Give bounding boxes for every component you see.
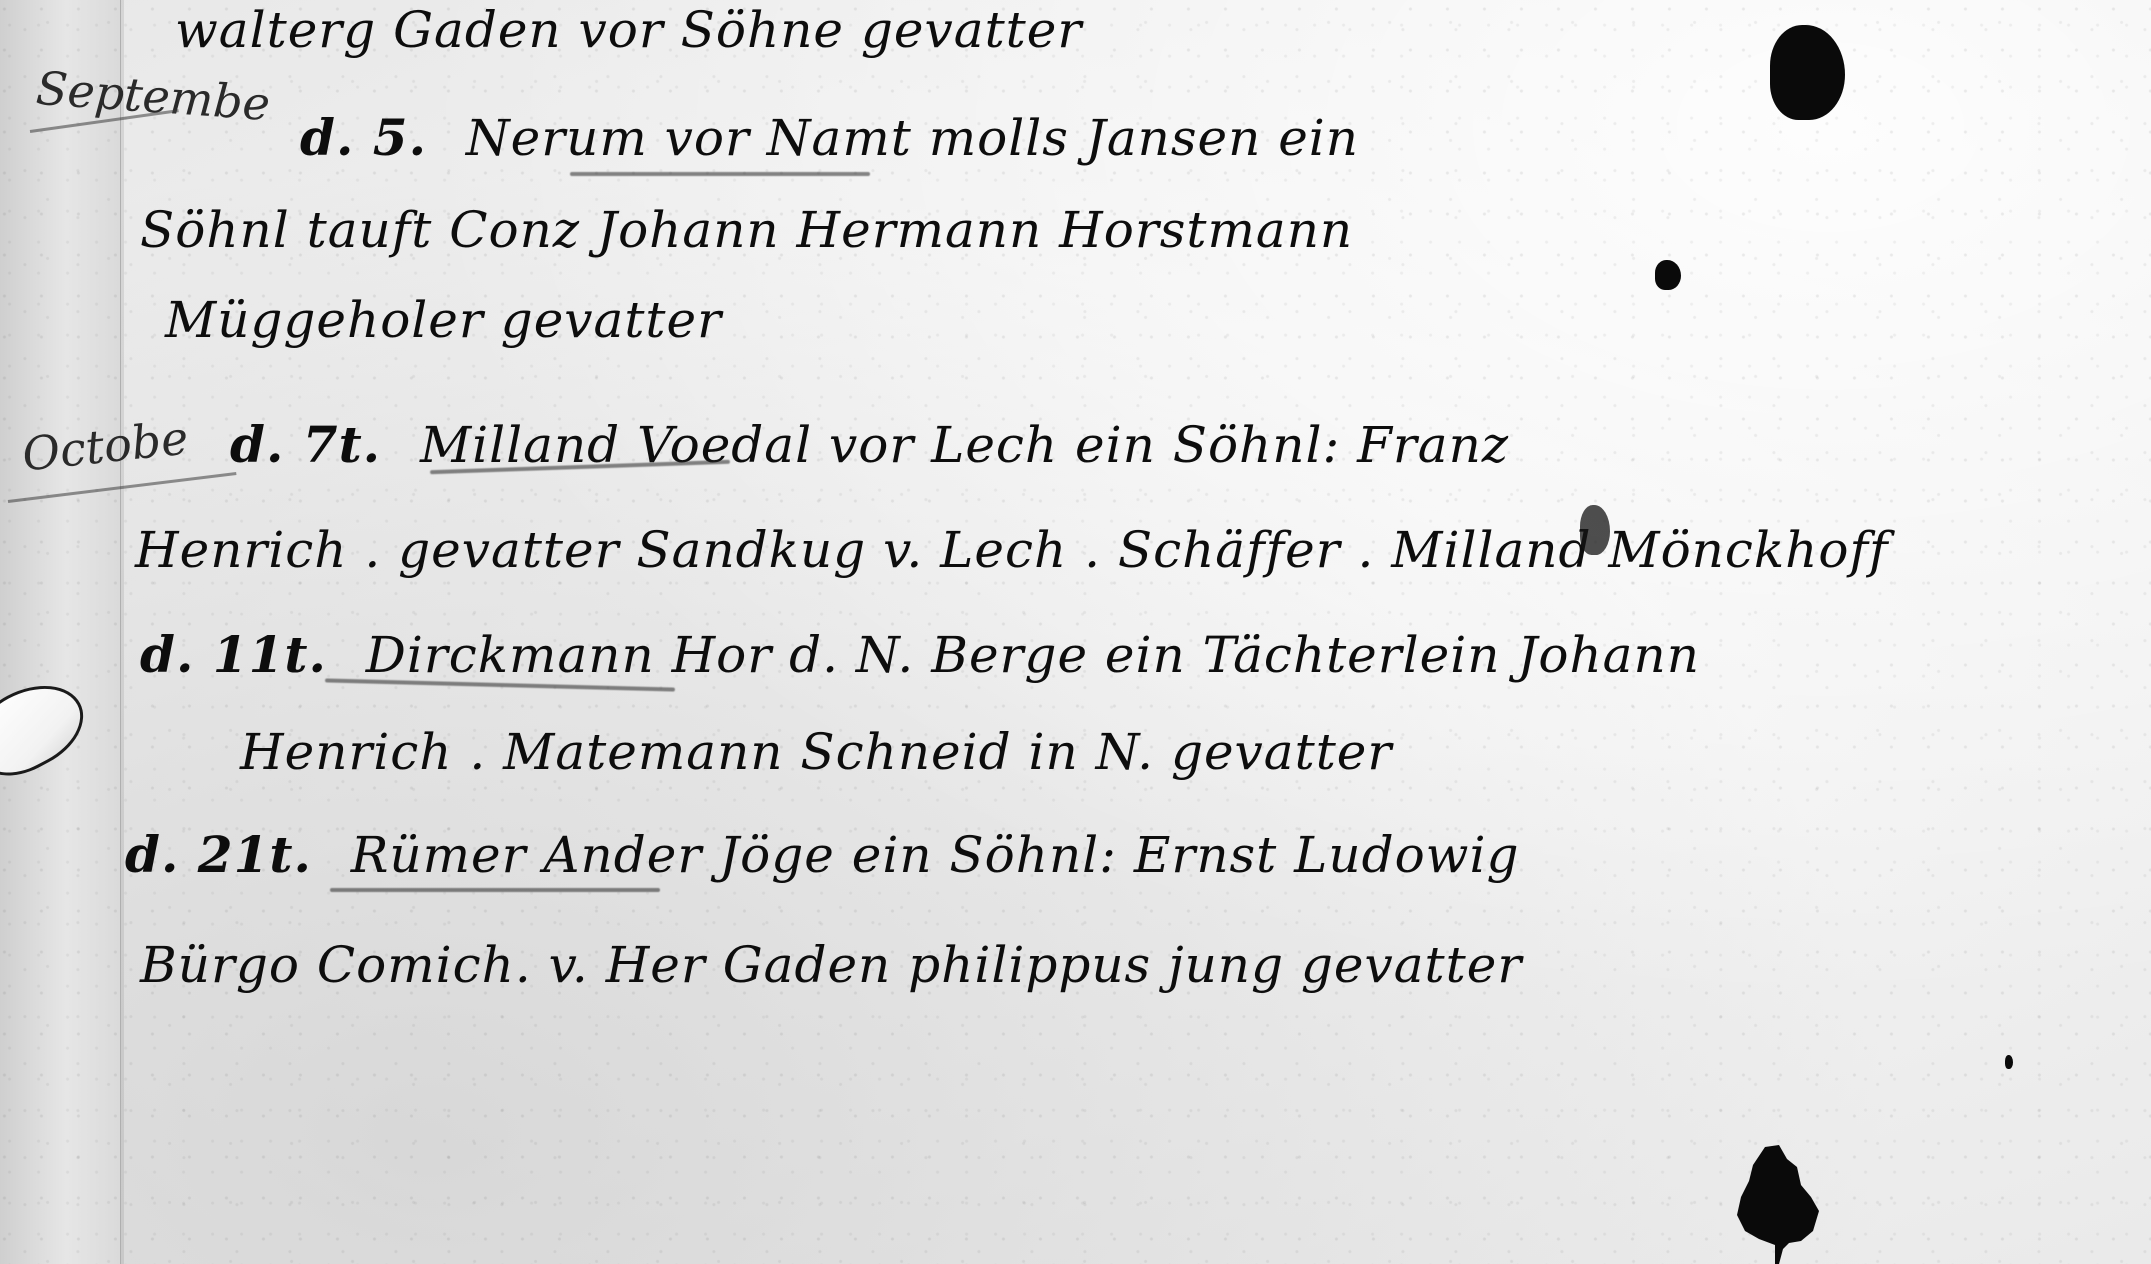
entry-text: Henrich . Matemann Schneid in N. gevatte… xyxy=(240,723,1392,781)
register-entry-sept-5: d. 5. Nerum vor Namt molls Jansen ein xyxy=(300,108,1359,168)
ink-blot xyxy=(1770,25,1845,120)
entry-date: d. 11t. xyxy=(140,625,327,684)
entry-date: d. 21t. xyxy=(125,825,312,884)
ink-blot xyxy=(1655,260,1681,290)
entry-text: Henrich . gevatter Sandkug v. Lech . Sch… xyxy=(135,521,1889,579)
entry-text: walterg Gaden vor Söhne gevatter xyxy=(175,1,1082,59)
register-entry-oct-11: d. 11t. Dirckmann Hor d. N. Berge ein Tä… xyxy=(140,625,1700,685)
entry-text: Nerum vor Namt molls Jansen ein xyxy=(466,109,1359,167)
entry-text: Dirckmann Hor d. N. Berge ein Tächterlei… xyxy=(366,626,1700,684)
name-underline xyxy=(330,888,660,892)
register-line: Henrich . gevatter Sandkug v. Lech . Sch… xyxy=(135,520,1889,580)
entry-date: d. 5. xyxy=(300,108,427,167)
entry-text: Müggeholer gevatter xyxy=(165,291,722,349)
register-line: Henrich . Matemann Schneid in N. gevatte… xyxy=(240,722,1392,782)
register-entry-oct-21: d. 21t. Rümer Ander Jöge ein Söhnl: Erns… xyxy=(125,825,1519,885)
entry-date: d. 7t. xyxy=(230,415,381,474)
register-line: walterg Gaden vor Söhne gevatter xyxy=(175,0,1082,60)
manuscript-page: Septembe Octobe walterg Gaden vor Söhne … xyxy=(0,0,2151,1264)
ink-speck xyxy=(2005,1055,2013,1069)
entry-text: Rümer Ander Jöge ein Söhnl: Ernst Ludowi… xyxy=(351,826,1520,884)
name-underline xyxy=(570,172,870,176)
entry-text: Söhnl tauft Conz Johann Hermann Horstman… xyxy=(140,201,1353,259)
register-line: Bürgo Comich. v. Her Gaden philippus jun… xyxy=(140,935,1522,995)
register-line: Müggeholer gevatter xyxy=(165,290,722,350)
register-line: Söhnl tauft Conz Johann Hermann Horstman… xyxy=(140,200,1353,260)
ink-smudge xyxy=(1580,505,1610,555)
tree-shaped-ink-blot xyxy=(1735,1145,1821,1264)
gutter-shadow xyxy=(120,0,124,1264)
entry-text: Bürgo Comich. v. Her Gaden philippus jun… xyxy=(140,936,1522,994)
register-entry-oct-7: d. 7t. Milland Voedal vor Lech ein Söhnl… xyxy=(230,415,1509,475)
page-binding-gutter xyxy=(0,0,121,1264)
